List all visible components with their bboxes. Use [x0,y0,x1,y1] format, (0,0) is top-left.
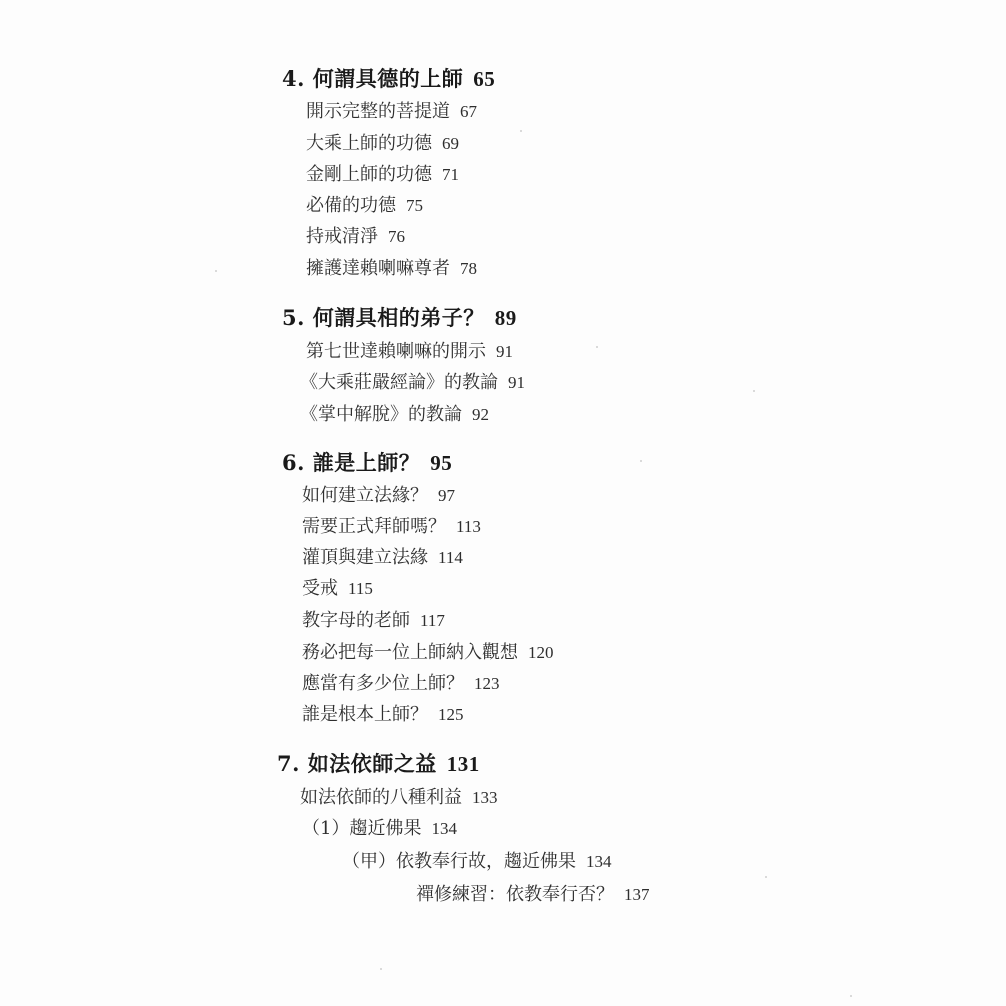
table-of-contents: 4. 何謂具德的上師65 開示完整的菩提道67 大乘上師的功德69 金剛上師的功… [0,0,1006,1006]
page-number: 71 [442,165,459,184]
toc-entry: 《大乘莊嚴經論》的教論91 [300,374,525,392]
entry-title: （1）趨近佛果 [302,818,421,839]
scan-speck [640,460,642,462]
page-number: 91 [508,373,525,392]
scan-speck [596,346,598,348]
toc-entry: 誰是根本上師？125 [302,706,464,724]
toc-entry: 應當有多少位上師？123 [302,675,500,693]
page-number: 134 [586,852,612,871]
page-number: 95 [430,451,452,475]
page-number: 91 [496,342,513,361]
scan-speck [520,130,522,132]
page-number: 67 [460,102,477,121]
toc-entry: 金剛上師的功德71 [306,166,459,184]
entry-title: （甲）依教奉行故，趨近佛果 [342,851,576,872]
toc-entry: 《掌中解脫》的教論92 [300,406,489,424]
page-number: 137 [624,885,650,904]
page-number: 75 [406,196,423,215]
page-number: 125 [438,705,464,724]
toc-entry: 禪修練習：依教奉行否？137 [416,886,650,904]
page-number: 134 [431,819,457,838]
page-number: 92 [472,405,489,424]
page-number: 65 [473,67,495,91]
toc-entry: 需要正式拜師嗎？113 [302,518,481,536]
entry-title: 灌頂與建立法緣 [302,547,428,568]
page-number: 89 [495,306,517,330]
entry-title: 如何建立法緣？ [302,485,428,506]
chapter-title: 7. 如法依師之益 [277,751,437,776]
page-number: 97 [438,486,455,505]
chapter-heading: 4. 何謂具德的上師65 [282,68,495,90]
chapter-heading: 5. 何謂具相的弟子？89 [282,307,517,329]
page-number: 123 [474,674,500,693]
entry-title: 必備的功德 [306,195,396,216]
entry-title: 《掌中解脫》的教論 [300,404,462,425]
entry-title: 誰是根本上師？ [302,704,428,725]
entry-title: 大乘上師的功德 [306,133,432,154]
toc-entry: 如何建立法緣？97 [302,487,455,505]
page-number: 115 [348,579,373,598]
page-number: 117 [420,611,445,630]
toc-entry: 必備的功德75 [306,197,423,215]
entry-title: 教字母的老師 [302,610,410,631]
page-number: 133 [472,788,498,807]
entry-title: 持戒清淨 [306,226,378,247]
entry-title: 受戒 [302,578,338,599]
entry-title: 務必把每一位上師納入觀想 [302,642,518,663]
page-number: 76 [388,227,405,246]
toc-entry: 開示完整的菩提道67 [306,103,477,121]
scan-speck [380,968,382,970]
toc-entry: （1）趨近佛果134 [302,820,457,838]
toc-entry: 第七世達賴喇嘛的開示91 [306,343,513,361]
scan-speck [215,270,217,272]
entry-title: 擁護達賴喇嘛尊者 [306,258,450,279]
toc-entry: 灌頂與建立法緣114 [302,549,463,567]
entry-title: 《大乘莊嚴經論》的教論 [300,372,498,393]
entry-title: 開示完整的菩提道 [306,101,450,122]
toc-entry: 大乘上師的功德69 [306,135,459,153]
page-number: 69 [442,134,459,153]
entry-title: 禪修練習：依教奉行否？ [416,884,614,905]
chapter-heading: 6. 誰是上師？95 [282,452,452,474]
toc-entry: 教字母的老師117 [302,612,445,630]
entry-title: 第七世達賴喇嘛的開示 [306,341,486,362]
page-number: 131 [447,752,480,776]
entry-title: 如法依師的八種利益 [300,787,462,808]
chapter-title: 4. 何謂具德的上師 [282,66,463,91]
entry-title: 需要正式拜師嗎？ [302,516,446,537]
entry-title: 應當有多少位上師？ [302,673,464,694]
chapter-title: 5. 何謂具相的弟子？ [282,305,485,330]
scan-speck [753,390,755,392]
toc-entry: 務必把每一位上師納入觀想120 [302,644,554,662]
toc-entry: （甲）依教奉行故，趨近佛果134 [342,853,612,871]
scan-speck [765,876,767,878]
page-number: 78 [460,259,477,278]
toc-entry: 受戒115 [302,580,373,598]
scan-speck [850,995,852,997]
page-number: 114 [438,548,463,567]
toc-entry: 如法依師的八種利益133 [300,789,498,807]
page-number: 120 [528,643,554,662]
entry-title: 金剛上師的功德 [306,164,432,185]
page-number: 113 [456,517,481,536]
chapter-heading: 7. 如法依師之益131 [277,753,480,775]
toc-entry: 擁護達賴喇嘛尊者78 [306,260,477,278]
toc-entry: 持戒清淨76 [306,228,405,246]
chapter-title: 6. 誰是上師？ [282,450,420,475]
